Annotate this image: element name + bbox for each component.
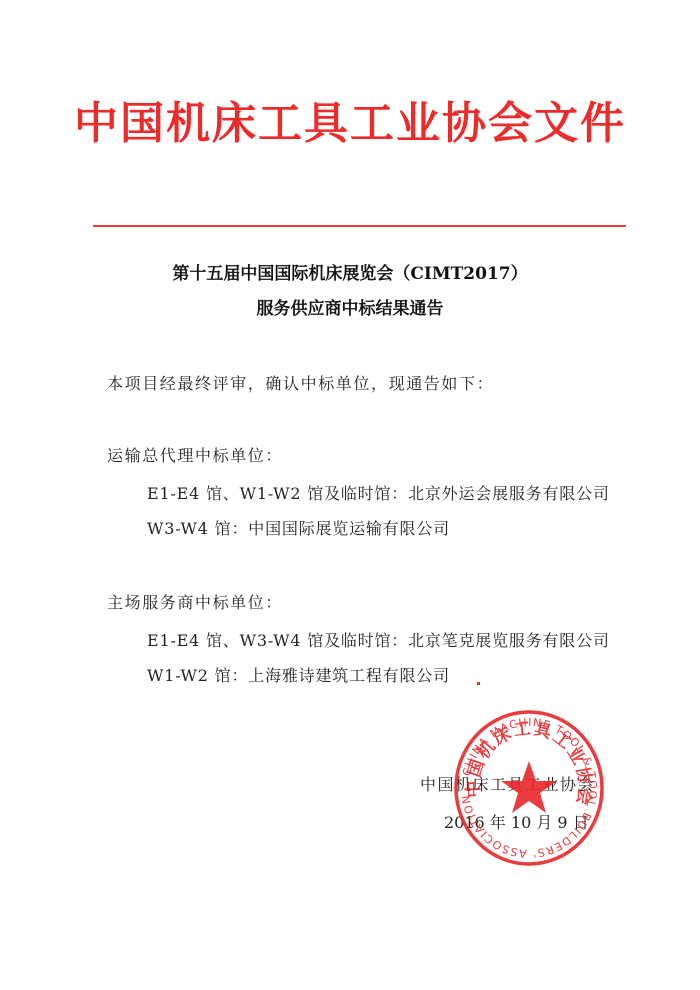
notice-title-line2: 服务供应商中标结果通告 [0, 294, 700, 319]
notice-title-line1: 第十五届中国国际机床展览会（CIMT2017） [0, 259, 700, 284]
header-divider [93, 225, 626, 227]
intro-paragraph: 本项目经最终评审，确认中标单位，现通告如下： [107, 371, 494, 394]
transport-item: E1-E4 馆、W1-W2 馆及临时馆：北京外运会展服务有限公司 [147, 481, 610, 504]
transport-item: W3-W4 馆：中国国际展览运输有限公司 [147, 516, 450, 539]
ink-dot [477, 682, 480, 685]
star-icon [501, 761, 557, 813]
document-page: 中国机床工具工业协会文件 第十五届中国国际机床展览会（CIMT2017） 服务供… [0, 0, 700, 990]
main-service-item: E1-E4 馆、W3-W4 馆及临时馆：北京笔克展览服务有限公司 [147, 628, 610, 651]
transport-heading: 运输总代理中标单位： [107, 443, 283, 466]
main-service-heading: 主场服务商中标单位： [107, 590, 283, 613]
document-header-title: 中国机床工具工业协会文件 [0, 96, 700, 152]
official-seal: CHINA MACHINE TOOL & TOOL BUILDERS' ASSO… [453, 709, 605, 867]
main-service-item: W1-W2 馆：上海雅诗建筑工程有限公司 [147, 663, 450, 686]
